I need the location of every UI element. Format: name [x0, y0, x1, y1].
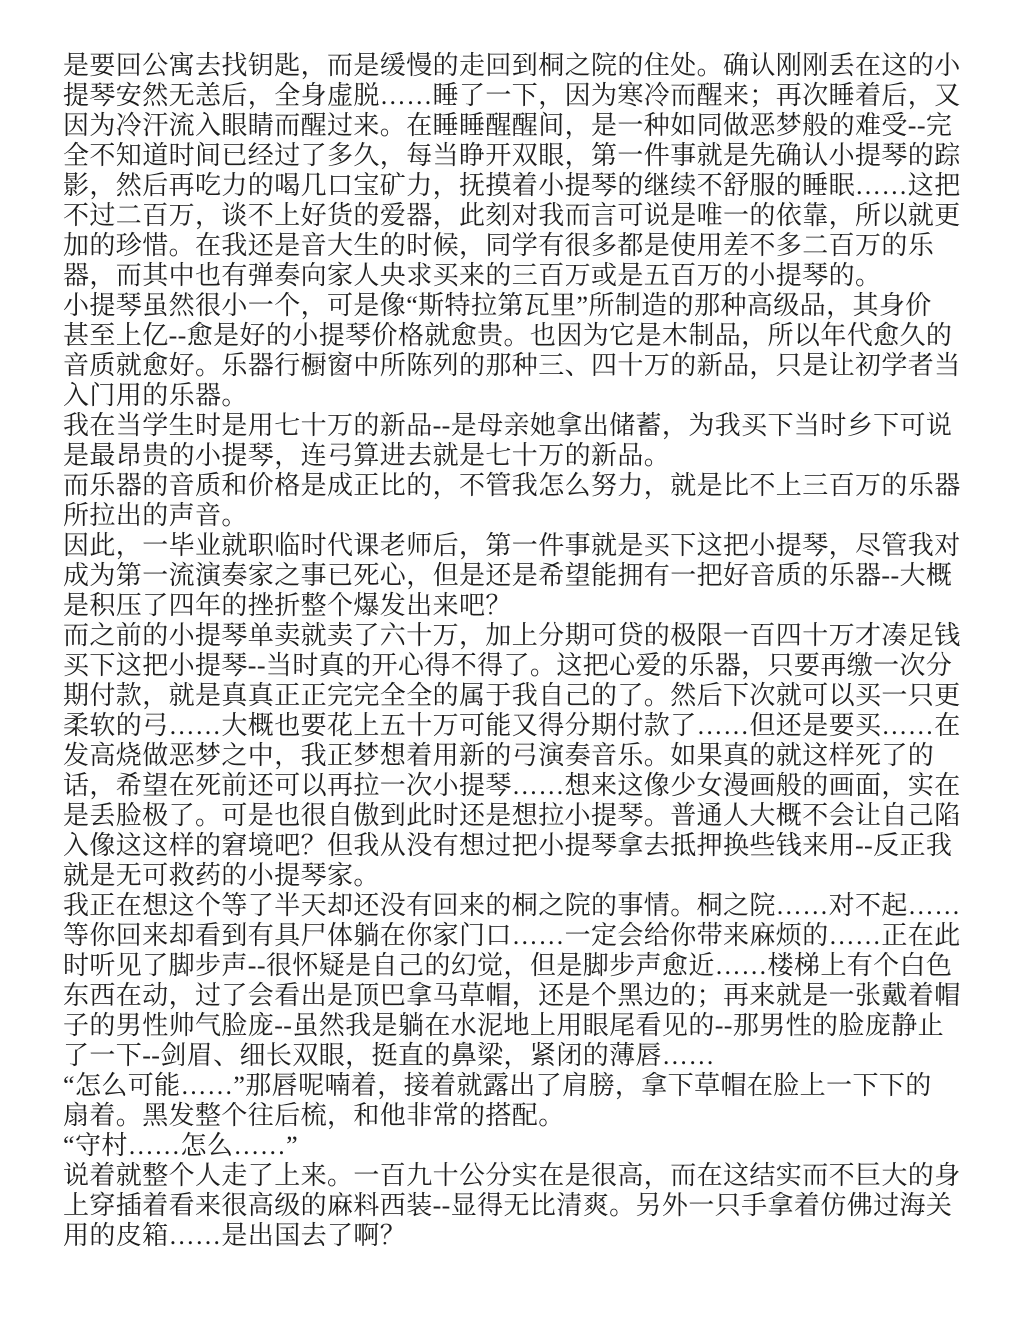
- text-line: 影，然后再吃力的喝几口宝矿力，抚摸着小提琴的继续不舒服的睡眠……这把: [63, 171, 963, 201]
- text-line: 东西在动，过了会看出是顶巴拿马草帽，还是个黑边的；再来就是一张戴着帽: [63, 981, 963, 1011]
- text-line: 入像这这样的窘境吧？但我从没有想过把小提琴拿去抵押换些钱来用--反正我: [63, 831, 963, 861]
- text-line: 所拉出的声音。: [63, 501, 963, 531]
- text-line: 时听见了脚步声--很怀疑是自己的幻觉，但是脚步声愈近……楼梯上有个白色: [63, 951, 963, 981]
- text-line: 因此，一毕业就职临时代课老师后，第一件事就是买下这把小提琴，尽管我对: [63, 531, 963, 561]
- text-line: 是最昂贵的小提琴，连弓算进去就是七十万的新品。: [63, 441, 963, 471]
- text-line: 子的男性帅气脸庞--虽然我是躺在水泥地上用眼尾看见的--那男性的脸庞静止: [63, 1011, 963, 1041]
- text-line: 音质就愈好。乐器行橱窗中所陈列的那种三、四十万的新品，只是让初学者当: [63, 351, 963, 381]
- text-line: 等你回来却看到有具尸体躺在你家门口……一定会给你带来麻烦的……正在此: [63, 921, 963, 951]
- text-line: 是丢脸极了。可是也很自傲到此时还是想拉小提琴。普通人大概不会让自己陷: [63, 801, 963, 831]
- text-line: 加的珍惜。在我还是音大生的时候，同学有很多都是使用差不多二百万的乐: [63, 231, 963, 261]
- text-line: 期付款，就是真真正正完完全全的属于我自己的了。然后下次就可以买一只更: [63, 681, 963, 711]
- novel-page: 是要回公寓去找钥匙，而是缓慢的走回到桐之院的住处。确认刚刚丢在这的小提琴安然无恙…: [0, 0, 1021, 1321]
- text-line: 不过二百万，谈不上好货的爱器，此刻对我而言可说是唯一的依靠，所以就更: [63, 201, 963, 231]
- text-line: 是积压了四年的挫折整个爆发出来吧？: [63, 591, 963, 621]
- text-line: “怎么可能……”那唇呢喃着，接着就露出了肩膀，拿下草帽在脸上一下下的: [63, 1071, 963, 1101]
- text-line: 了一下--剑眉、细长双眼，挺直的鼻梁，紧闭的薄唇……: [63, 1041, 963, 1071]
- text-line: 全不知道时间已经过了多久，每当睁开双眼，第一件事就是先确认小提琴的踪: [63, 141, 963, 171]
- text-block: 是要回公寓去找钥匙，而是缓慢的走回到桐之院的住处。确认刚刚丢在这的小提琴安然无恙…: [63, 51, 963, 1251]
- text-line: 我在当学生时是用七十万的新品--是母亲她拿出储蓄，为我买下当时乡下可说: [63, 411, 963, 441]
- text-line: 柔软的弓……大概也要花上五十万可能又得分期付款了……但还是要买……在: [63, 711, 963, 741]
- text-line: 扇着。黑发整个往后梳，和他非常的搭配。: [63, 1101, 963, 1131]
- text-line: 甚至上亿--愈是好的小提琴价格就愈贵。也因为它是木制品，所以年代愈久的: [63, 321, 963, 351]
- text-line: 成为第一流演奏家之事已死心，但是还是希望能拥有一把好音质的乐器--大概: [63, 561, 963, 591]
- text-line: 是要回公寓去找钥匙，而是缓慢的走回到桐之院的住处。确认刚刚丢在这的小: [63, 51, 963, 81]
- text-line: 而乐器的音质和价格是成正比的，不管我怎么努力，就是比不上三百万的乐器: [63, 471, 963, 501]
- text-line: 而之前的小提琴单卖就卖了六十万，加上分期可贷的极限一百四十万才凑足钱: [63, 621, 963, 651]
- text-line: 发高烧做恶梦之中，我正梦想着用新的弓演奏音乐。如果真的就这样死了的: [63, 741, 963, 771]
- text-line: 入门用的乐器。: [63, 381, 963, 411]
- text-line: 因为冷汗流入眼睛而醒过来。在睡睡醒醒间，是一种如同做恶梦般的难受--完: [63, 111, 963, 141]
- text-line: 上穿插着看来很高级的麻料西装--显得无比清爽。另外一只手拿着仿佛过海关: [63, 1191, 963, 1221]
- text-line: 话，希望在死前还可以再拉一次小提琴……想来这像少女漫画般的画面，实在: [63, 771, 963, 801]
- text-line: 提琴安然无恙后，全身虚脱……睡了一下，因为寒冷而醒来；再次睡着后，又: [63, 81, 963, 111]
- text-line: 说着就整个人走了上来。一百九十公分实在是很高，而在这结实而不巨大的身: [63, 1161, 963, 1191]
- text-line: 就是无可救药的小提琴家。: [63, 861, 963, 891]
- text-line: 用的皮箱……是出国去了啊？: [63, 1221, 963, 1251]
- text-line: 器，而其中也有弹奏向家人央求买来的三百万或是五百万的小提琴的。: [63, 261, 963, 291]
- text-line: 小提琴虽然很小一个，可是像“斯特拉第瓦里”所制造的那种高级品，其身价: [63, 291, 963, 321]
- text-line: 买下这把小提琴--当时真的开心得不得了。这把心爱的乐器，只要再缴一次分: [63, 651, 963, 681]
- text-line: 我正在想这个等了半天却还没有回来的桐之院的事情。桐之院……对不起……: [63, 891, 963, 921]
- text-line: “守村……怎么……”: [63, 1131, 963, 1161]
